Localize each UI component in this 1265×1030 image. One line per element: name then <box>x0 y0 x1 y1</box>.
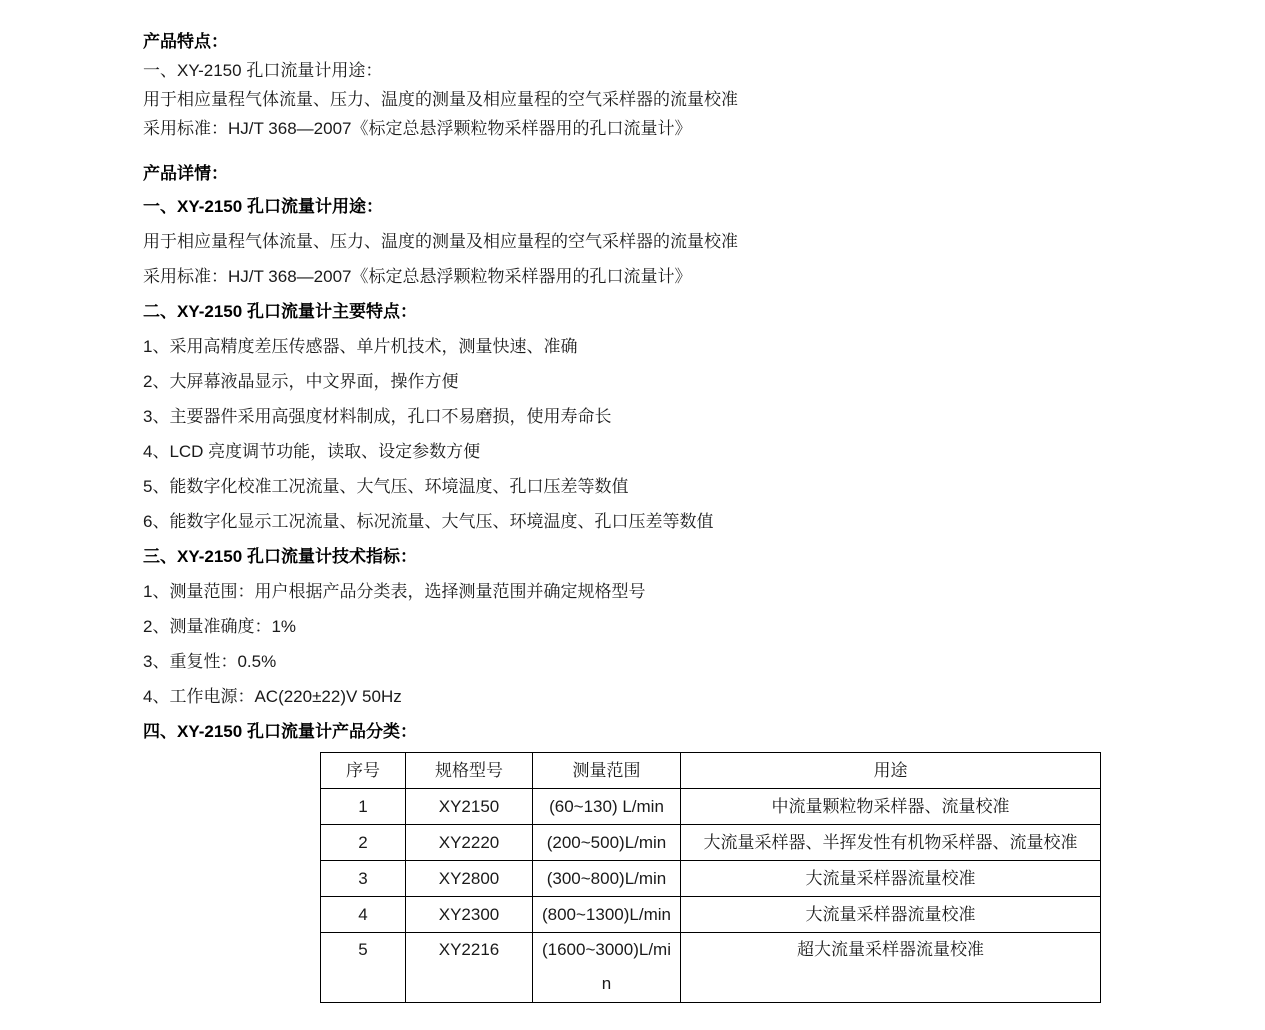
table-cell-model: XY2800 <box>406 861 533 897</box>
section-line: 采用标准：HJ/T 368—2007《标定总悬浮颗粒物采样器用的孔口流量计》 <box>143 259 1225 294</box>
section-line: 2、测量准确度：1% <box>143 609 1225 644</box>
section-line: 6、能数字化显示工况流量、标况流量、大气压、环境温度、孔口压差等数值 <box>143 504 1225 539</box>
section-line: 1、测量范围：用户根据产品分类表，选择测量范围并确定规格型号 <box>143 574 1225 609</box>
product-classification-table: 序号规格型号测量范围用途 1XY2150(60~130) L/min中流量颗粒物… <box>320 752 1101 1003</box>
table-row: 4XY2300(800~1300)L/min大流量采样器流量校准 <box>321 897 1101 933</box>
section-heading: 四、XY-2150 孔口流量计产品分类： <box>143 714 1225 749</box>
table-row: 2XY2220(200~500)L/min大流量采样器、半挥发性有机物采样器、流… <box>321 825 1101 861</box>
table-header-cell: 序号 <box>321 753 406 789</box>
detail-section: 一、XY-2150 孔口流量计用途：用于相应量程气体流量、压力、温度的测量及相应… <box>143 189 1225 294</box>
section-line: 4、工作电源：AC(220±22)V 50Hz <box>143 679 1225 714</box>
table-cell-range: (800~1300)L/min <box>533 897 681 933</box>
section-line: 3、重复性：0.5% <box>143 644 1225 679</box>
section-line: 1、采用高精度差压传感器、单片机技术，测量快速、准确 <box>143 329 1225 364</box>
features-line: 采用标准：HJ/T 368—2007《标定总悬浮颗粒物采样器用的孔口流量计》 <box>143 114 1225 143</box>
detail-section: 四、XY-2150 孔口流量计产品分类： <box>143 714 1225 749</box>
table-cell-range: (60~130) L/min <box>533 789 681 825</box>
table-cell-model: XY2300 <box>406 897 533 933</box>
table-cell-index: 4 <box>321 897 406 933</box>
features-line: 一、XY-2150 孔口流量计用途： <box>143 56 1225 85</box>
table-cell-index: 1 <box>321 789 406 825</box>
table-row: 1XY2150(60~130) L/min中流量颗粒物采样器、流量校准 <box>321 789 1101 825</box>
table-header-cell: 用途 <box>681 753 1101 789</box>
table-row: 5XY2216(1600~3000)L/mi n超大流量采样器流量校准 <box>321 933 1101 1003</box>
table-cell-range: (1600~3000)L/mi n <box>533 933 681 1003</box>
section-line: 用于相应量程气体流量、压力、温度的测量及相应量程的空气采样器的流量校准 <box>143 224 1225 259</box>
table-row: 3XY2800(300~800)L/min大流量采样器流量校准 <box>321 861 1101 897</box>
table-cell-use: 大流量采样器、半挥发性有机物采样器、流量校准 <box>681 825 1101 861</box>
table-header-cell: 规格型号 <box>406 753 533 789</box>
product-features-block: 产品特点： 一、XY-2150 孔口流量计用途：用于相应量程气体流量、压力、温度… <box>143 27 1225 143</box>
section-line: 3、主要器件采用高强度材料制成，孔口不易磨损，使用寿命长 <box>143 399 1225 434</box>
section-line: 5、能数字化校准工况流量、大气压、环境温度、孔口压差等数值 <box>143 469 1225 504</box>
section-heading: 三、XY-2150 孔口流量计技术指标： <box>143 539 1225 574</box>
table-cell-use: 超大流量采样器流量校准 <box>681 933 1101 1003</box>
section-line: 4、LCD 亮度调节功能，读取、设定参数方便 <box>143 434 1225 469</box>
table-cell-range: (300~800)L/min <box>533 861 681 897</box>
product-features-title: 产品特点： <box>143 27 1225 56</box>
section-line: 2、大屏幕液晶显示，中文界面，操作方便 <box>143 364 1225 399</box>
table-cell-use: 大流量采样器流量校准 <box>681 897 1101 933</box>
table-header-row: 序号规格型号测量范围用途 <box>321 753 1101 789</box>
table-cell-index: 2 <box>321 825 406 861</box>
detail-section: 二、XY-2150 孔口流量计主要特点：1、采用高精度差压传感器、单片机技术，测… <box>143 294 1225 539</box>
table-cell-use: 中流量颗粒物采样器、流量校准 <box>681 789 1101 825</box>
product-details-title: 产品详情： <box>143 159 1225 189</box>
table-header-cell: 测量范围 <box>533 753 681 789</box>
product-details-sections: 一、XY-2150 孔口流量计用途：用于相应量程气体流量、压力、温度的测量及相应… <box>143 189 1225 749</box>
product-features-lines: 一、XY-2150 孔口流量计用途：用于相应量程气体流量、压力、温度的测量及相应… <box>143 56 1225 143</box>
document-body: 产品特点： 一、XY-2150 孔口流量计用途：用于相应量程气体流量、压力、温度… <box>0 0 1265 1003</box>
table-cell-range: (200~500)L/min <box>533 825 681 861</box>
section-heading: 一、XY-2150 孔口流量计用途： <box>143 189 1225 224</box>
table-cell-index: 5 <box>321 933 406 1003</box>
detail-section: 三、XY-2150 孔口流量计技术指标：1、测量范围：用户根据产品分类表，选择测… <box>143 539 1225 714</box>
features-line: 用于相应量程气体流量、压力、温度的测量及相应量程的空气采样器的流量校准 <box>143 85 1225 114</box>
section-heading: 二、XY-2150 孔口流量计主要特点： <box>143 294 1225 329</box>
table-cell-index: 3 <box>321 861 406 897</box>
table-cell-model: XY2150 <box>406 789 533 825</box>
table-cell-model: XY2220 <box>406 825 533 861</box>
table-cell-use: 大流量采样器流量校准 <box>681 861 1101 897</box>
table-cell-model: XY2216 <box>406 933 533 1003</box>
